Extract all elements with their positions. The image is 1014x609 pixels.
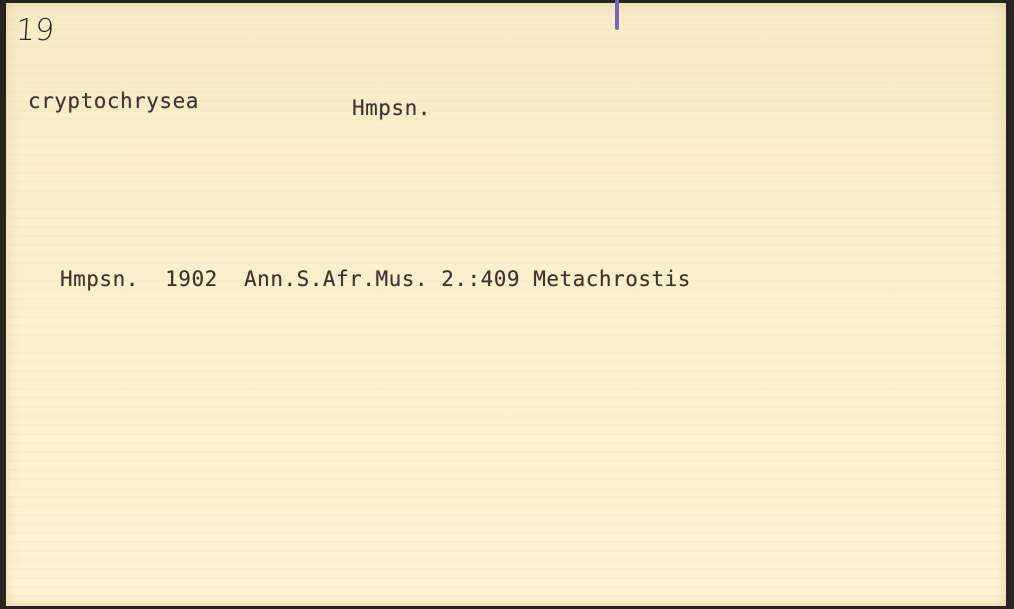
citation-volume-page: 2.:409 (441, 267, 520, 291)
citation-author: Hmpsn. (60, 267, 139, 291)
citation-genus: Metachrostis (533, 267, 691, 291)
index-card: 19 cryptochrysea Hmpsn. Hmpsn. 1902 Ann.… (6, 3, 1006, 606)
citation-year: 1902 (165, 267, 218, 291)
species-author: Hmpsn. (352, 96, 431, 120)
species-name: cryptochrysea (28, 89, 199, 113)
card-number: 19 (15, 13, 56, 48)
tab-marker (615, 0, 619, 30)
citation-line: Hmpsn. 1902 Ann.S.Afr.Mus. 2.:409 Metach… (60, 267, 691, 291)
citation-journal: Ann.S.Afr.Mus. (244, 267, 428, 291)
